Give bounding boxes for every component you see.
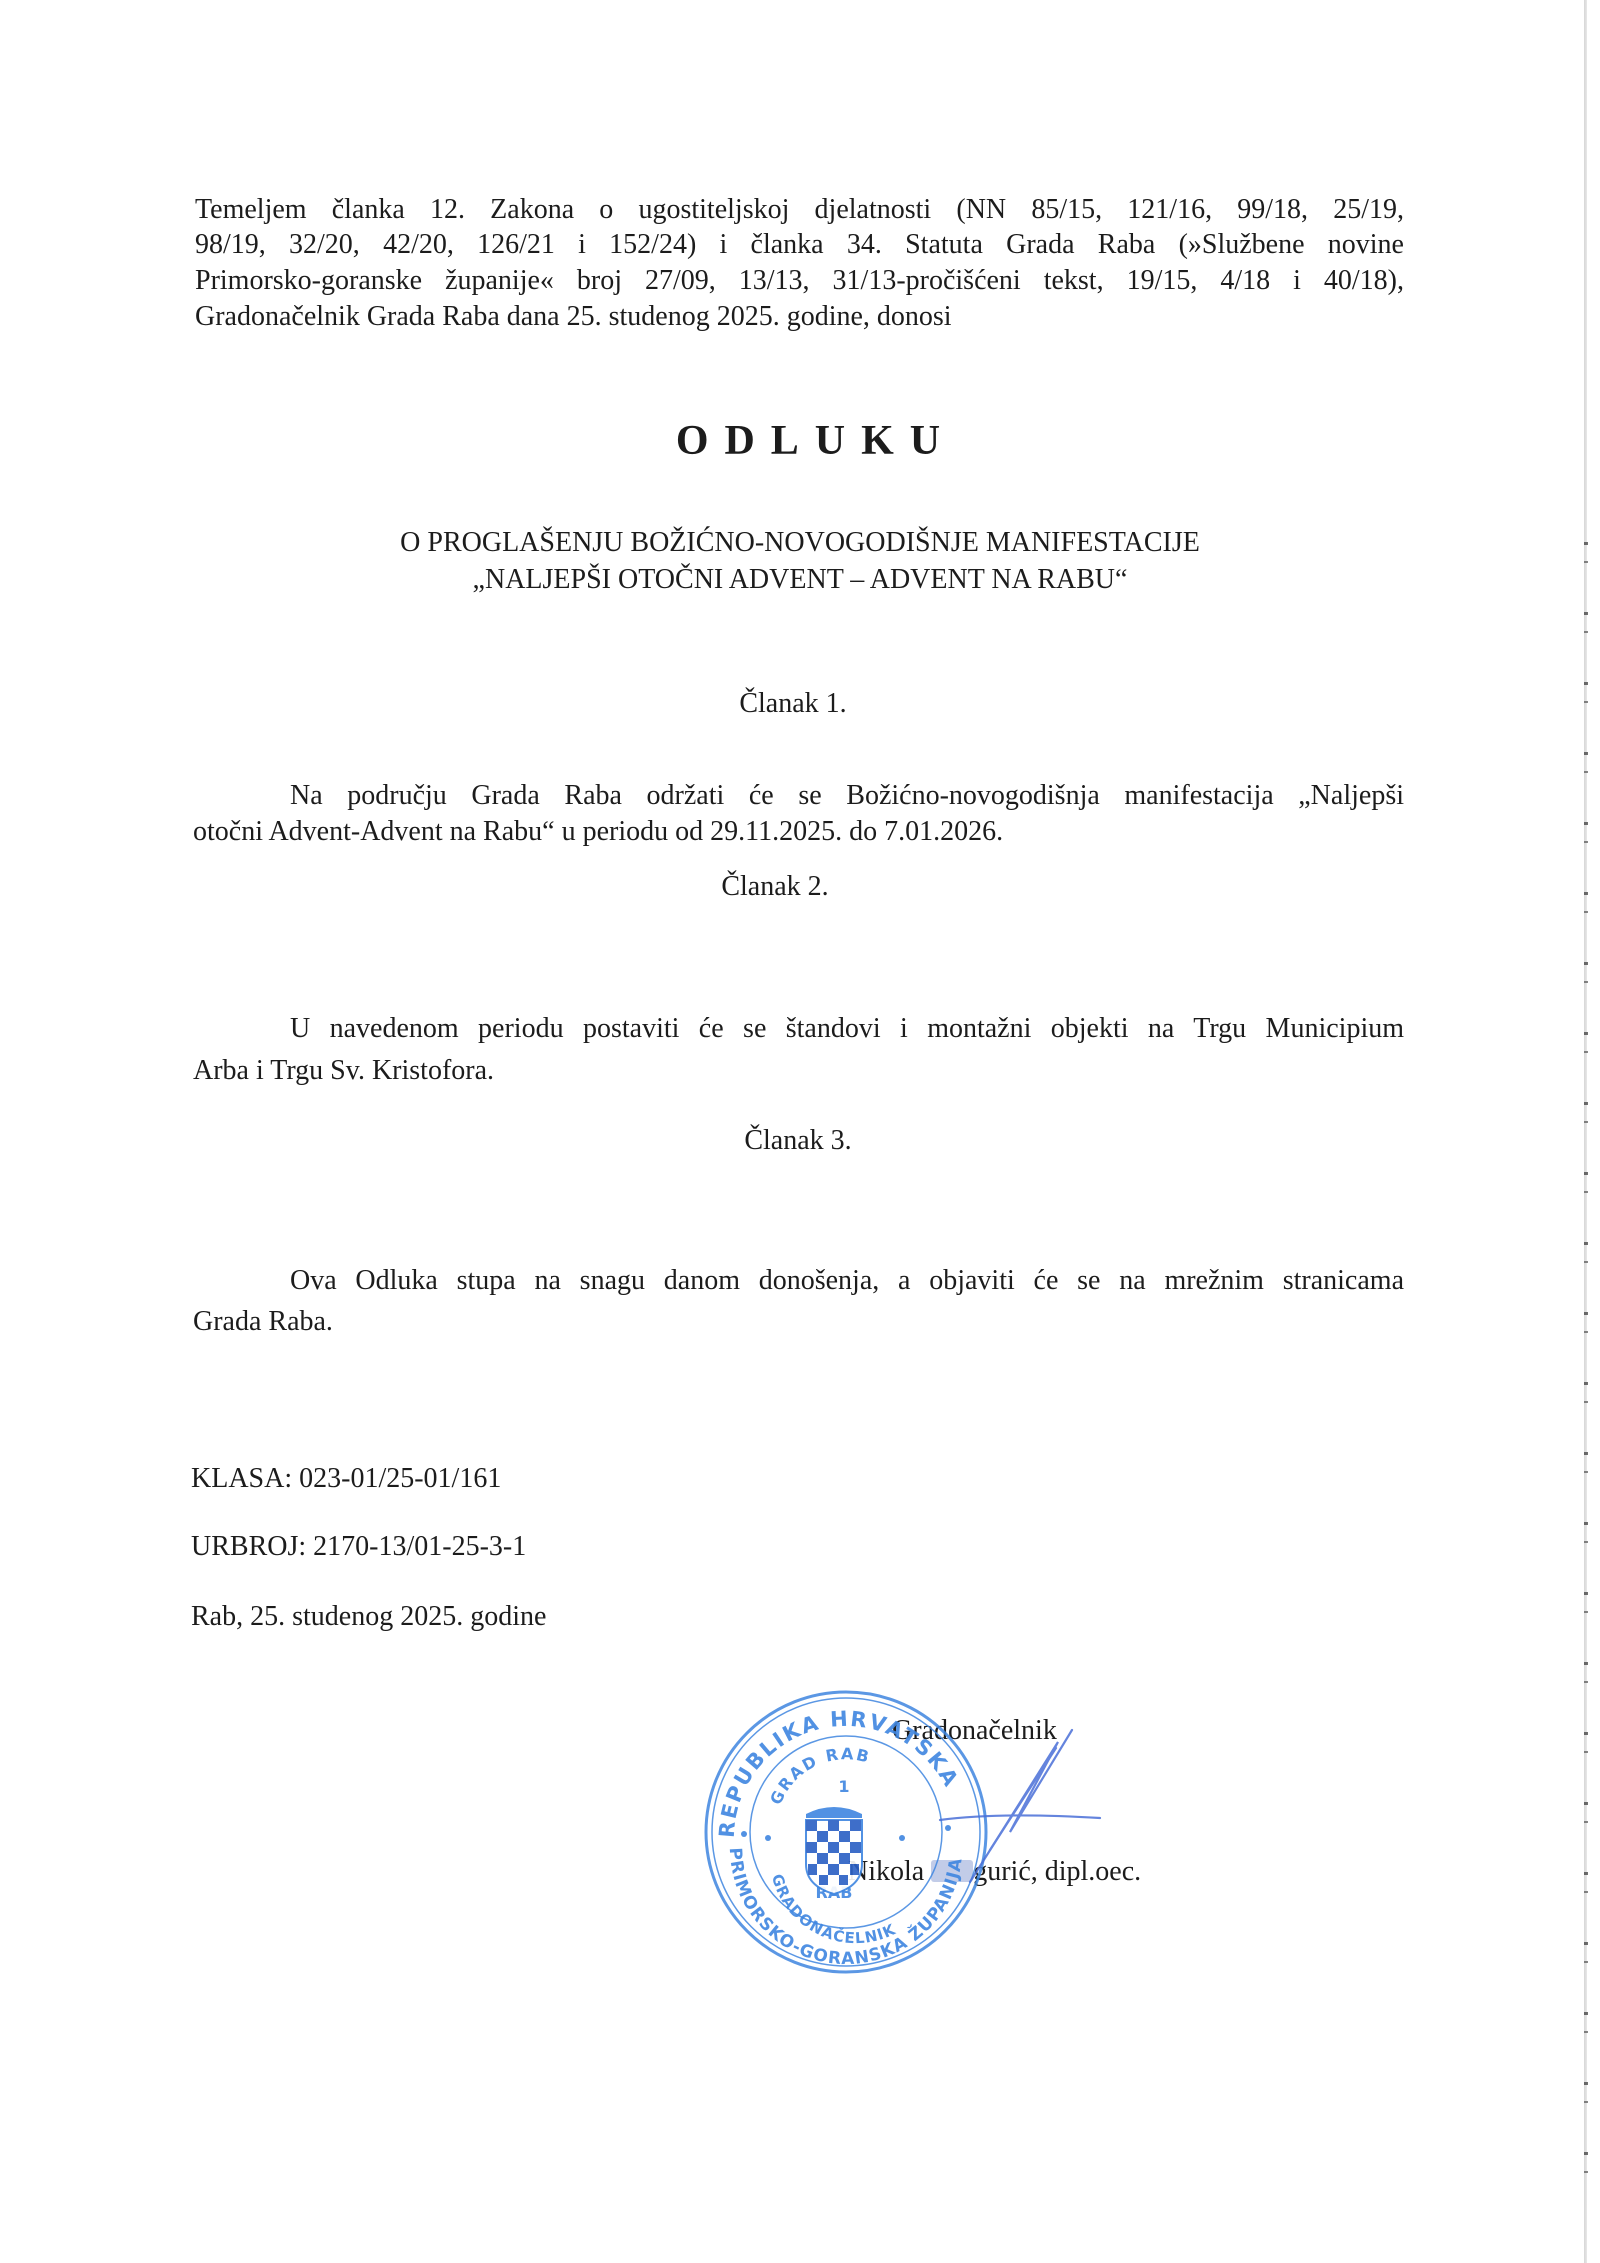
document-page: Temeljem članka 12. Zakona o ugostiteljs… xyxy=(0,0,1600,2263)
article-line: Arba i Trgu Sv. Kristofora. xyxy=(193,1057,494,1085)
article-line: Na području Grada Raba održati će se Bož… xyxy=(290,782,1404,810)
document-title: ODLUKU xyxy=(0,420,1600,462)
klasa-reference: KLASA: 023-01/25-01/161 xyxy=(191,1465,501,1493)
article-heading: Članak 3. xyxy=(0,1127,1598,1155)
article-line: Ova Odluka stupa na snagu danom donošenj… xyxy=(290,1267,1404,1295)
preamble-line: 98/19, 32/20, 42/20, 126/21 i 152/24) i … xyxy=(195,231,1404,259)
article-line: Grada Raba. xyxy=(193,1308,333,1336)
subtitle-line-1: O PROGLAŠENJU BOŽIĆNO-NOVOGODIŠNJE MANIF… xyxy=(0,529,1600,557)
article-line: U navedenom periodu postaviti će se štan… xyxy=(290,1015,1404,1043)
article-heading: Članak 1. xyxy=(0,690,1593,718)
article-line: otočni Advent-Advent na Rabu“ u periodu … xyxy=(193,818,1003,846)
article-heading: Članak 2. xyxy=(0,873,1575,901)
scan-artifacts xyxy=(1584,520,1588,2220)
place-and-date: Rab, 25. studenog 2025. godine xyxy=(191,1603,546,1631)
preamble-line: Primorsko-goranske županije« broj 27/09,… xyxy=(195,267,1404,295)
preamble-line: Temeljem članka 12. Zakona o ugostiteljs… xyxy=(195,196,1404,224)
handwritten-signature xyxy=(820,1700,1120,1900)
preamble-line: Gradonačelnik Grada Raba dana 25. studen… xyxy=(195,303,952,331)
subtitle-line-2: „NALJEPŠI OTOČNI ADVENT – ADVENT NA RABU… xyxy=(0,566,1600,594)
urbroj-reference: URBROJ: 2170-13/01-25-3-1 xyxy=(191,1533,526,1561)
